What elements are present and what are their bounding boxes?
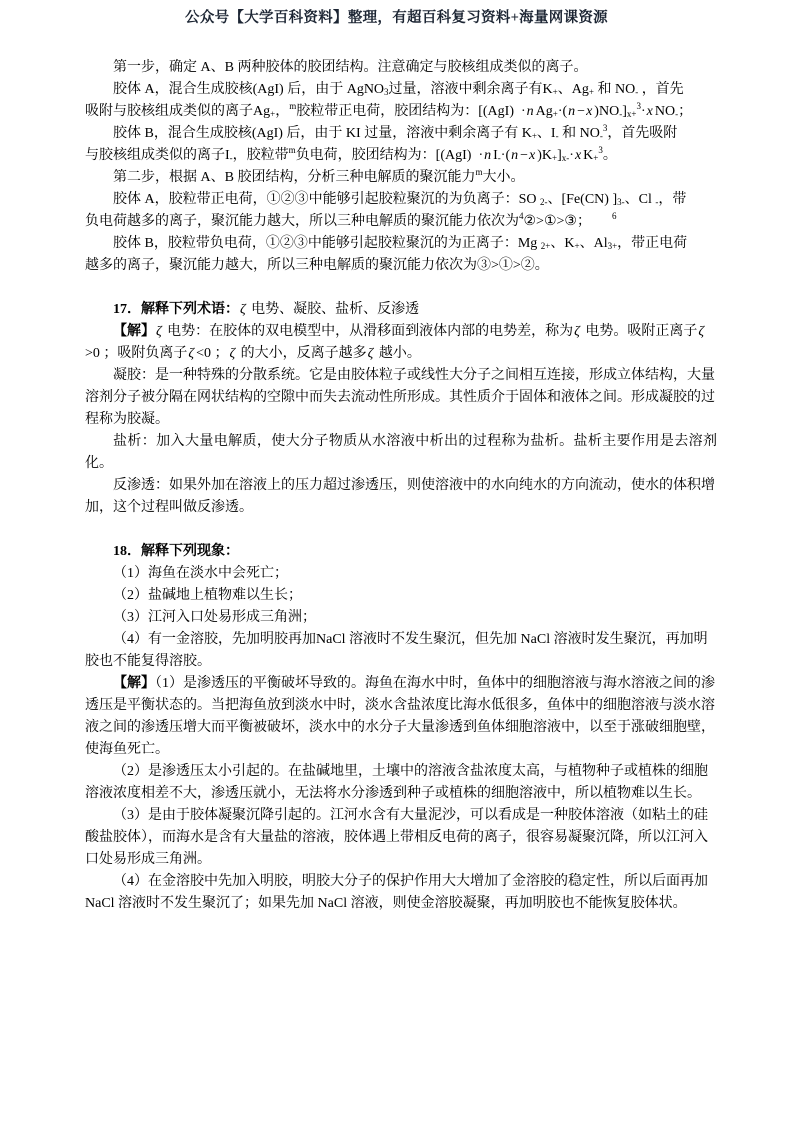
text-line: （4）在金溶胶中先加入明胶，明胶大分子的保护作用大大增加了金溶胶的稳定性，所以后… bbox=[85, 871, 717, 893]
text-run: （3）是由于胶体凝聚沉降引起的。江河水含有大量泥沙，可以看成是一种胶体溶液（如粘… bbox=[113, 808, 708, 823]
text-run: − bbox=[577, 104, 585, 119]
text-run: 液之间的渗透压增大而平衡被破坏，淡水中的水分子大量渗透到鱼体细胞溶液中，以至于涨… bbox=[85, 720, 715, 735]
italic-text-run: ζ bbox=[155, 324, 167, 339]
text-line: 胶也不能复得溶胶。 bbox=[85, 651, 717, 673]
text-run: 口处易形成三角洲。 bbox=[85, 852, 211, 867]
subscript-run: 3+ bbox=[608, 241, 618, 251]
text-line: 加，这个过程叫做反渗透。 bbox=[85, 497, 717, 519]
text-line: 与胶核组成类似的离子I-，胶粒带m负电荷，胶团结构为：[(AgI) ·nI-·(… bbox=[85, 145, 717, 167]
text-line: 口处易形成三角洲。 bbox=[85, 849, 717, 871]
italic-text-run: ζ bbox=[367, 346, 379, 361]
italic-text-run: ζ bbox=[239, 302, 251, 317]
text-run: 胶体 A，胶粒带正电荷，①②③中能够引起胶粒聚沉的为负离子：SO bbox=[113, 192, 540, 207]
text-run: 、Al bbox=[580, 236, 608, 251]
text-run: 负电荷，胶团结构为：[(AgI) · bbox=[296, 148, 483, 163]
text-run: · bbox=[641, 104, 646, 119]
text-run: 和 NO bbox=[559, 126, 600, 141]
italic-text-run: ζ bbox=[228, 346, 240, 361]
text-run: ，首先吸附 bbox=[607, 126, 677, 141]
text-line: 溶剂分子被分隔在网状结构的空隙中而失去流动性所形成。其性质介于固体和液体之间。形… bbox=[85, 387, 717, 409]
text-line: （2）是渗透压太小引起的。在盐碱地里，土壤中的溶液含盐浓度太高，与植物种子或植株… bbox=[85, 761, 717, 783]
text-run: 电势：在胶体的双电模型中，从滑移面到液体内部的电势差，称为 bbox=[167, 324, 573, 339]
text-line: （3）是由于胶体凝聚沉降引起的。江河水含有大量泥沙，可以看成是一种胶体溶液（如粘… bbox=[85, 805, 717, 827]
text-run: )NO bbox=[594, 104, 619, 119]
text-run: 溶液浓度相差不大，渗透压就小，无法将水分渗透到种子或植株的细胞溶液中，所以植物难… bbox=[85, 786, 701, 801]
text-run: ，胶粒带 bbox=[233, 148, 289, 163]
text-run: 、K bbox=[550, 236, 574, 251]
text-line: （1）海鱼在淡水中会死亡； bbox=[85, 563, 717, 585]
text-run: 越多的离子，聚沉能力越大，所以三种电解质的聚沉能力依次为③>①>②。 bbox=[85, 258, 549, 273]
text-line: 第一步，确定 A、B 两种胶体的胶团结构。注意确定与胶核组成类似的离子。 bbox=[85, 57, 717, 79]
text-line: 溶液浓度相差不大，渗透压就小，无法将水分渗透到种子或植株的细胞溶液中，所以植物难… bbox=[85, 783, 717, 805]
text-run bbox=[591, 214, 612, 229]
text-run: NO bbox=[655, 104, 675, 119]
text-run: )K bbox=[537, 148, 552, 163]
italic-text-run: ζ bbox=[697, 324, 706, 339]
text-line: 【解】ζ 电势：在胶体的双电模型中，从滑移面到液体内部的电势差，称为ζ 电势。吸… bbox=[85, 321, 717, 343]
italic-text-run: n bbox=[483, 148, 493, 163]
text-run: <0 ； bbox=[196, 346, 228, 361]
text-line: 透压是平衡状态的。当把海鱼放到淡水中时，淡水含盐浓度比海水低很多，鱼体中的细胞溶… bbox=[85, 695, 717, 717]
text-line: 液之间的渗透压增大而平衡被破坏，淡水中的水分子大量渗透到鱼体细胞溶液中，以至于涨… bbox=[85, 717, 717, 739]
text-run: ②>①>③； bbox=[524, 214, 591, 229]
text-line: 【解】（1）是渗透压的平衡破坏导致的。海鱼在海水中时，鱼体中的细胞溶液与海水溶液… bbox=[85, 673, 717, 695]
text-line: 程称为胶凝。 bbox=[85, 409, 717, 431]
text-run: 、[Fe(CN) ] bbox=[548, 192, 618, 207]
text-run: 反渗透：如果外加在溶液上的压力超过渗透压，则使溶液中的水向纯水的方向流动，使水的… bbox=[113, 478, 715, 493]
text-run: （3）江河入口处易形成三角洲； bbox=[113, 610, 316, 625]
text-run: 和 NO bbox=[594, 82, 635, 97]
text-run: 吸附与胶核组成类似的离子Ag bbox=[85, 104, 270, 119]
text-run: 胶体 B，混合生成胶核(AgI) 后，由于 KI 过量，溶液中剩余离子有 K bbox=[113, 126, 532, 141]
text-line: 胶体 B，胶粒带负电荷，①②③中能够引起胶粒聚沉的为正离子：Mg 2+、K+、A… bbox=[85, 233, 717, 255]
text-run: 越小。 bbox=[379, 346, 421, 361]
italic-text-run: x bbox=[646, 104, 655, 119]
text-run: 凝胶：是一种特殊的分散系统。它是由胶体粒子或线性大分子之间相互连接，形成立体结构… bbox=[113, 368, 715, 383]
text-run: （1）海鱼在淡水中会死亡； bbox=[113, 566, 288, 581]
text-run: 、Ag bbox=[558, 82, 589, 97]
text-line: 负电荷越多的离子，聚沉能力越大，所以三种电解质的聚沉能力依次为4②>①>③； 6 bbox=[85, 211, 717, 233]
text-run: 与胶核组成类似的离子I bbox=[85, 148, 230, 163]
text-run: ，带正电荷 bbox=[617, 236, 687, 251]
subscript-run: x+ bbox=[627, 109, 637, 119]
text-run: 酸盐胶体），而海水是含有大量盐的溶液，胶体遇上带相反电荷的离子，很容易凝聚沉降，… bbox=[85, 830, 708, 845]
text-line: 胶体 A，胶粒带正电荷，①②③中能够引起胶粒聚沉的为负离子：SO 2-、[Fe(… bbox=[85, 189, 717, 211]
text-line: 第二步，根据 A、B 胶团结构，分析三种电解质的聚沉能力m大小。 bbox=[85, 167, 717, 189]
text-run: （4）有一金溶胶，先加明胶再加NaCl 溶液时不发生聚沉，但先加 NaCl 溶液… bbox=[113, 632, 708, 647]
subscript-run: 2+ bbox=[541, 241, 551, 251]
text-run: ·( bbox=[501, 148, 510, 163]
text-run: ， bbox=[275, 104, 289, 119]
text-line: （3）江河入口处易形成三角洲； bbox=[85, 607, 717, 629]
text-run: 胶体 A，混合生成胶核(AgI) 后，由于 AgNO bbox=[113, 82, 384, 97]
bold-text-run: 18．解释下列现象： bbox=[113, 544, 239, 559]
text-line: NaCl 溶液时不发生聚沉了；如果先加 NaCl 溶液，则使金溶胶凝聚，再加明胶… bbox=[85, 893, 717, 915]
italic-text-run: ζ bbox=[573, 324, 585, 339]
bold-text-run: 【解】 bbox=[113, 324, 155, 339]
text-run: NaCl 溶液时不发生聚沉了；如果先加 NaCl 溶液，则使金溶胶凝聚，再加明胶… bbox=[85, 896, 687, 911]
text-run: 、I bbox=[537, 126, 556, 141]
italic-text-run: x bbox=[528, 148, 537, 163]
text-run: 电势。吸附正离子 bbox=[585, 324, 697, 339]
text-run: Ag bbox=[536, 104, 553, 119]
page-header-title: 公众号【大学百科资料】整理，有超百科复习资料+海量网课资源 bbox=[0, 6, 793, 27]
text-run: （4）在金溶胶中先加入明胶，明胶大分子的保护作用大大增加了金溶胶的稳定性，所以后… bbox=[113, 874, 708, 889]
text-line: 越多的离子，聚沉能力越大，所以三种电解质的聚沉能力依次为③>①>②。 bbox=[85, 255, 717, 277]
italic-text-run: x bbox=[574, 148, 583, 163]
text-run: 第一步，确定 A、B 两种胶体的胶团结构。注意确定与胶核组成类似的离子。 bbox=[113, 60, 587, 75]
subscript-run: 3- bbox=[617, 197, 625, 207]
text-run: 负电荷越多的离子，聚沉能力越大，所以三种电解质的聚沉能力依次为 bbox=[85, 214, 519, 229]
text-line: 18．解释下列现象： bbox=[85, 541, 717, 563]
text-line: 盐析：加入大量电解质，使大分子物质从水溶液中析出的过程称为盐析。盐析主要作用是去… bbox=[85, 431, 717, 475]
text-run: 第二步，根据 A、B 胶团结构，分析三种电解质的聚沉能力 bbox=[113, 170, 475, 185]
text-run: 大小。 bbox=[482, 170, 524, 185]
italic-text-run: n bbox=[567, 104, 577, 119]
text-line: 胶体 B，混合生成胶核(AgI) 后，由于 KI 过量，溶液中剩余离子有 K+、… bbox=[85, 123, 717, 145]
text-run: （1）是渗透压的平衡破坏导致的。海鱼在海水中时，鱼体中的细胞溶液与海水溶液之间的… bbox=[155, 676, 715, 691]
text-run: K bbox=[583, 148, 593, 163]
text-run: 胶体 B，胶粒带负电荷，①②③中能够引起胶粒聚沉的为正离子：Mg bbox=[113, 236, 541, 251]
text-line: 吸附与胶核组成类似的离子Ag+，m胶粒带正电荷，胶团结构为：[(AgI) ·nA… bbox=[85, 101, 717, 123]
text-run: − bbox=[520, 148, 528, 163]
bold-text-run: 17．解释下列术语： bbox=[113, 302, 239, 317]
text-line: >0 ；吸附负离子ζ<0 ；ζ 的大小，反离子越多ζ 越小。 bbox=[85, 343, 717, 365]
text-run: 使海鱼死亡。 bbox=[85, 742, 169, 757]
text-line: （2）盐碱地上植物难以生长； bbox=[85, 585, 717, 607]
text-line: 使海鱼死亡。 bbox=[85, 739, 717, 761]
text-run: 盐析：加入大量电解质，使大分子物质从水溶液中析出的过程称为盐析。盐析主要作用是去… bbox=[85, 434, 717, 471]
text-line: 酸盐胶体），而海水是含有大量盐的溶液，胶体遇上带相反电荷的离子，很容易凝聚沉降，… bbox=[85, 827, 717, 849]
text-run: （2）盐碱地上植物难以生长； bbox=[113, 588, 302, 603]
bold-text-run: 【解】 bbox=[113, 676, 155, 691]
text-run: ，带 bbox=[658, 192, 686, 207]
text-run: 。 bbox=[603, 148, 617, 163]
text-line: 胶体 A，混合生成胶核(AgI) 后，由于 AgNO3过量，溶液中剩余离子有K+… bbox=[85, 79, 717, 101]
text-run: 电势、凝胶、盐析、反渗透 bbox=[251, 302, 419, 317]
text-run: 透压是平衡状态的。当把海鱼放到淡水中时，淡水含盐浓度比海水低很多，鱼体中的细胞溶… bbox=[85, 698, 715, 713]
text-run: ，首先 bbox=[638, 82, 684, 97]
italic-text-run: n bbox=[510, 148, 520, 163]
italic-text-run: n bbox=[526, 104, 536, 119]
document-page: 公众号【大学百科资料】整理，有超百科复习资料+海量网课资源 第一步，确定 A、B… bbox=[0, 0, 793, 1122]
text-line: 17．解释下列术语：ζ 电势、凝胶、盐析、反渗透 bbox=[85, 299, 717, 321]
text-run: >0 ；吸附负离子 bbox=[85, 346, 187, 361]
text-run: 胶粒带正电荷，胶团结构为：[(AgI) · bbox=[296, 104, 525, 119]
italic-text-run: x bbox=[585, 104, 594, 119]
text-run: 加，这个过程叫做反渗透。 bbox=[85, 500, 253, 515]
subscript-run: 2- bbox=[540, 197, 548, 207]
text-run: 胶也不能复得溶胶。 bbox=[85, 654, 211, 669]
text-line: 反渗透：如果外加在溶液上的压力超过渗透压，则使溶液中的水向纯水的方向流动，使水的… bbox=[85, 475, 717, 497]
superscript-run: m bbox=[289, 145, 296, 155]
text-run: 的大小，反离子越多 bbox=[241, 346, 367, 361]
superscript-run: 6 bbox=[612, 211, 617, 221]
text-run: ； bbox=[678, 104, 692, 119]
italic-text-run: ζ bbox=[187, 346, 196, 361]
text-run: 、Cl bbox=[625, 192, 656, 207]
text-run: （2）是渗透压太小引起的。在盐碱地里，土壤中的溶液含盐浓度太高，与植物种子或植株… bbox=[113, 764, 708, 779]
text-run: 过量，溶液中剩余离子有K bbox=[389, 82, 553, 97]
document-body: 第一步，确定 A、B 两种胶体的胶团结构。注意确定与胶核组成类似的离子。胶体 A… bbox=[85, 57, 717, 915]
text-run: 溶剂分子被分隔在网状结构的空隙中而失去流动性所形成。其性质介于固体和液体之间。形… bbox=[85, 390, 715, 405]
text-line: （4）有一金溶胶，先加明胶再加NaCl 溶液时不发生聚沉，但先加 NaCl 溶液… bbox=[85, 629, 717, 651]
text-run: 程称为胶凝。 bbox=[85, 412, 169, 427]
text-line: 凝胶：是一种特殊的分散系统。它是由胶体粒子或线性大分子之间相互连接，形成立体结构… bbox=[85, 365, 717, 387]
text-run: ·( bbox=[558, 104, 567, 119]
